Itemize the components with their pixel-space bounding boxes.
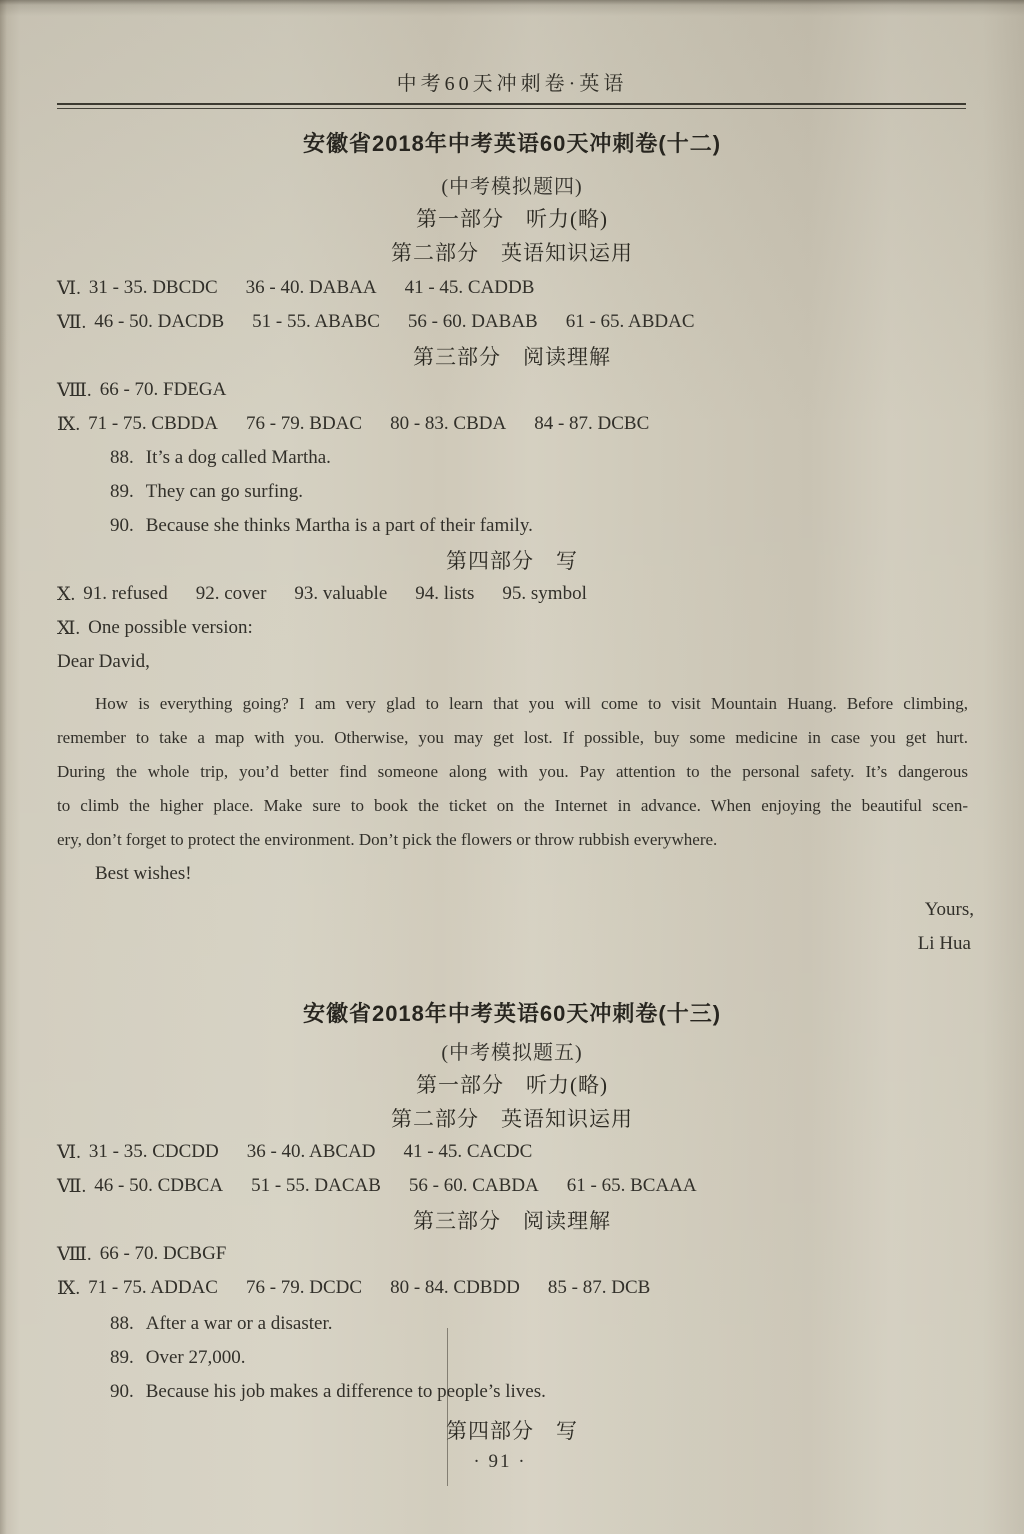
answer-group: 71 - 75. ADDAC — [88, 1277, 218, 1299]
answer-group: 95. symbol — [502, 583, 586, 605]
answer-group: 41 - 45. CADDB — [405, 277, 535, 299]
short-answer: 88. After a war or a disaster. — [0, 1307, 1024, 1341]
answer-group: 46 - 50. CDBCA — [94, 1175, 223, 1197]
answer-group: 85 - 87. DCB — [548, 1277, 650, 1299]
answer-group: 46 - 50. DACDB — [94, 311, 224, 333]
answer-group: 41 - 45. CACDC — [404, 1141, 533, 1163]
roman-numeral: Ⅷ. — [57, 379, 92, 402]
letter-line: During the whole trip, you’d better find… — [0, 755, 1024, 789]
short-answer-text: They can go surfing. — [146, 481, 303, 503]
short-answer-text: Because his job makes a difference to pe… — [146, 1381, 546, 1403]
letter-signature: Li Hua — [918, 933, 971, 955]
section-heading-part2-row: 第二部分 英语知识运用 — [0, 235, 1024, 269]
short-answer-text: Because she thinks Martha is a part of t… — [146, 515, 533, 537]
roman-numeral: Ⅶ. — [57, 311, 86, 334]
section-heading-part2: 第二部分 英语知识运用 — [391, 237, 633, 267]
section-heading-part3-row: 第三部分 阅读理解 — [0, 339, 1024, 373]
answer-line: Ⅸ. 71 - 75. CBDDA 76 - 79. BDAC 80 - 83.… — [0, 407, 1024, 441]
roman-numeral: Ⅹ. — [57, 583, 75, 606]
answer-group: 51 - 55. ABABC — [252, 311, 380, 333]
answer-group: 76 - 79. DCDC — [246, 1277, 362, 1299]
roman-numeral: Ⅺ. — [57, 617, 80, 640]
short-answer: 90. Because his job makes a difference t… — [0, 1375, 1024, 1409]
answer-line: Ⅵ. 31 - 35. CDCDD 36 - 40. ABCAD 41 - 45… — [0, 1135, 1024, 1169]
letter-salutation-row: Dear David, — [0, 645, 1024, 679]
section-heading-part4-row: 第四部分 写 — [0, 1413, 1024, 1447]
answer-group: 91. refused — [83, 583, 167, 605]
answer-group: 51 - 55. DACAB — [251, 1175, 381, 1197]
short-answer: 89. Over 27,000. — [0, 1341, 1024, 1375]
letter-closing-row: Best wishes! — [0, 857, 1024, 891]
letter-closing: Best wishes! — [95, 863, 192, 885]
answer-group: 93. valuable — [294, 583, 387, 605]
paper-subtitle: (中考模拟题五) — [441, 1036, 582, 1065]
crease-line — [447, 1328, 448, 1486]
answer-line: Ⅶ. 46 - 50. DACDB 51 - 55. ABABC 56 - 60… — [0, 305, 1024, 339]
question-number: 88. — [110, 1313, 134, 1335]
roman-numeral: Ⅶ. — [57, 1175, 86, 1198]
paper-title-13-row: 安徽省2018年中考英语60天冲刺卷(十三) — [0, 995, 1024, 1029]
section-heading-part1-row: 第一部分 听力(略) — [0, 1067, 1024, 1101]
section-heading-part3: 第三部分 阅读理解 — [413, 341, 611, 371]
answer-line: Ⅷ. 66 - 70. DCBGF — [0, 1237, 1024, 1271]
section-heading-part1-row: 第一部分 听力(略) — [0, 201, 1024, 235]
answer-group: 61 - 65. ABDAC — [566, 311, 695, 333]
section-heading-part4: 第四部分 写 — [446, 1415, 578, 1445]
short-answer-text: Over 27,000. — [146, 1347, 246, 1369]
section-heading-part2-row: 第二部分 英语知识运用 — [0, 1101, 1024, 1135]
answer-group: 36 - 40. ABCAD — [247, 1141, 376, 1163]
letter-line: remember to take a map with you. Otherwi… — [0, 721, 1024, 755]
letter-signoff-row: Yours, — [0, 893, 1024, 927]
scanned-answer-page: 中考60天冲刺卷·英语 安徽省2018年中考英语60天冲刺卷(十二) (中考模拟… — [0, 0, 1024, 1534]
answer-group: 94. lists — [415, 583, 474, 605]
question-number: 90. — [110, 515, 134, 537]
letter-line: to climb the higher place. Make sure to … — [0, 789, 1024, 823]
roman-numeral: Ⅵ. — [57, 277, 81, 300]
answer-line: Ⅹ. 91. refused 92. cover 93. valuable 94… — [0, 577, 1024, 611]
short-answer: 88. It’s a dog called Martha. — [0, 441, 1024, 475]
answer-group: 92. cover — [196, 583, 267, 605]
answer-line: Ⅷ. 66 - 70. FDEGA — [0, 373, 1024, 407]
roman-numeral: Ⅸ. — [57, 413, 80, 436]
letter-signature-row: Li Hua — [0, 927, 1024, 961]
section-heading-part1: 第一部分 听力(略) — [416, 203, 608, 233]
answer-group: 31 - 35. CDCDD — [89, 1141, 219, 1163]
section-heading-part4: 第四部分 写 — [446, 545, 578, 575]
answer-group: 71 - 75. CBDDA — [88, 413, 218, 435]
roman-numeral: Ⅵ. — [57, 1141, 81, 1164]
section-heading-part3-row: 第三部分 阅读理解 — [0, 1203, 1024, 1237]
paper-title: 安徽省2018年中考英语60天冲刺卷(十三) — [303, 997, 721, 1028]
answer-line: Ⅵ. 31 - 35. DBCDC 36 - 40. DABAA 41 - 45… — [0, 271, 1024, 305]
answer-line: Ⅸ. 71 - 75. ADDAC 76 - 79. DCDC 80 - 84.… — [0, 1271, 1024, 1305]
answer-group: 76 - 79. BDAC — [246, 413, 362, 435]
letter-signoff: Yours, — [925, 899, 974, 921]
answer-line: Ⅶ. 46 - 50. CDBCA 51 - 55. DACAB 56 - 60… — [0, 1169, 1024, 1203]
answer-group: 66 - 70. DCBGF — [100, 1243, 227, 1265]
short-answer: 89. They can go surfing. — [0, 475, 1024, 509]
answer-group: 66 - 70. FDEGA — [100, 379, 227, 401]
paper-subtitle: (中考模拟题四) — [441, 170, 582, 199]
answer-group: 80 - 83. CBDA — [390, 413, 506, 435]
letter-line: How is everything going? I am very glad … — [0, 687, 1024, 721]
section-heading-part2: 第二部分 英语知识运用 — [391, 1103, 633, 1133]
answer-group: 80 - 84. CDBDD — [390, 1277, 520, 1299]
writing-intro-text: One possible version: — [88, 617, 253, 639]
short-answer-text: It’s a dog called Martha. — [146, 447, 331, 469]
question-number: 89. — [110, 1347, 134, 1369]
paper-subtitle-12-row: (中考模拟题四) — [0, 167, 1024, 201]
answer-group: 56 - 60. DABAB — [408, 311, 538, 333]
letter-salutation: Dear David, — [57, 651, 150, 673]
section-heading-part1: 第一部分 听力(略) — [416, 1069, 608, 1099]
paper-title: 安徽省2018年中考英语60天冲刺卷(十二) — [303, 127, 721, 158]
answer-group: 61 - 65. BCAAA — [567, 1175, 697, 1197]
short-answer-text: After a war or a disaster. — [146, 1313, 333, 1335]
question-number: 89. — [110, 481, 134, 503]
section-heading-part4-row: 第四部分 写 — [0, 543, 1024, 577]
roman-numeral: Ⅷ. — [57, 1243, 92, 1266]
booklet-header: 中考60天冲刺卷·英语 — [0, 0, 1024, 96]
section-heading-part3: 第三部分 阅读理解 — [413, 1205, 611, 1235]
short-answer: 90. Because she thinks Martha is a part … — [0, 509, 1024, 543]
question-number: 90. — [110, 1381, 134, 1403]
paper-subtitle-13-row: (中考模拟题五) — [0, 1033, 1024, 1067]
paper-title-12-row: 安徽省2018年中考英语60天冲刺卷(十二) — [0, 125, 1024, 159]
page-number: · 91 · — [0, 1447, 1012, 1477]
letter-line: ery, don’t forget to protect the environ… — [0, 823, 1024, 857]
answer-group: 56 - 60. CABDA — [409, 1175, 539, 1197]
answer-group: 31 - 35. DBCDC — [89, 277, 218, 299]
answer-group: 84 - 87. DCBC — [534, 413, 649, 435]
answer-line: Ⅺ. One possible version: — [0, 611, 1024, 645]
roman-numeral: Ⅸ. — [57, 1277, 80, 1300]
header-double-rule — [57, 103, 966, 109]
answer-group: 36 - 40. DABAA — [246, 277, 377, 299]
question-number: 88. — [110, 447, 134, 469]
